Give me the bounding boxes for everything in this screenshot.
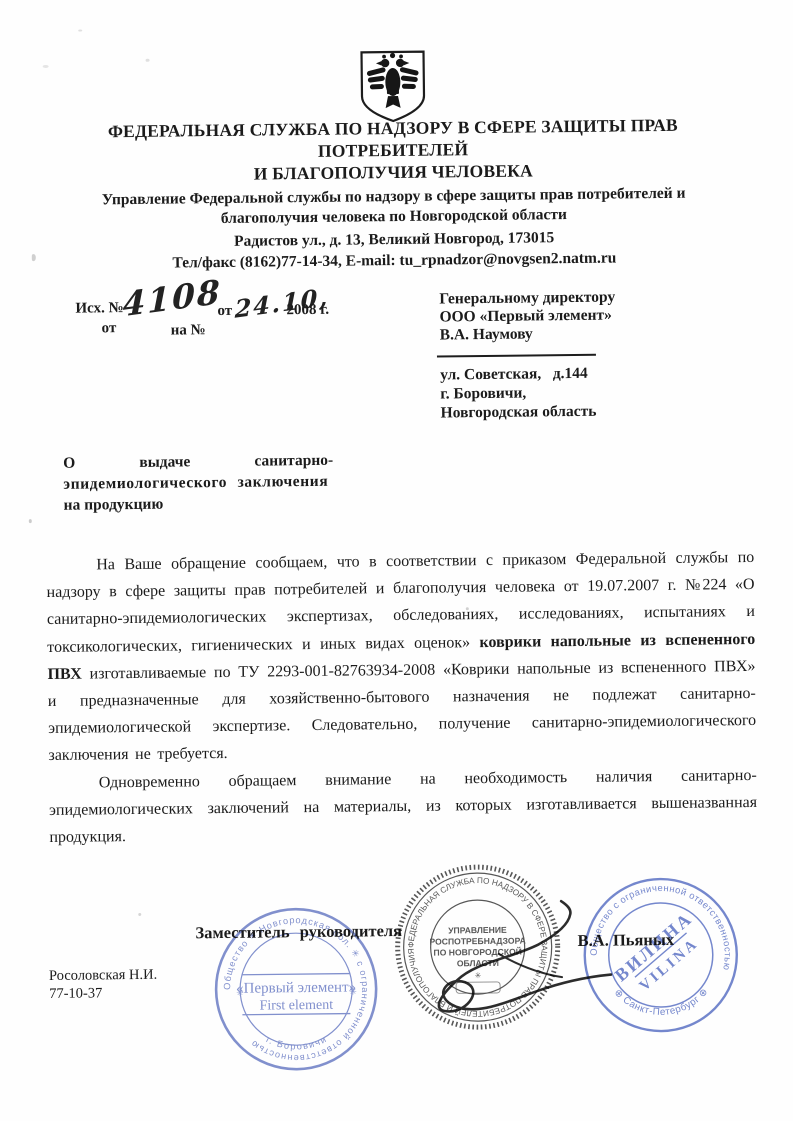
addressee-street: ул. Советская, д.144 [440,363,670,385]
stamp-star-right: ✳ [349,986,357,996]
stamp-company-name-en: First element [259,998,333,1014]
coat-of-arms-icon [355,46,430,127]
scan-speck [78,30,82,32]
date-prefix-label: от [217,303,232,320]
letter-body: На Ваше обращение сообщаем, что в соотве… [46,544,757,851]
scan-speck [29,519,32,523]
scan-speck [43,65,49,68]
from-label: от [102,320,117,337]
p1-text-cont: изготавливаемые по ТУ 2293-001-82763934-… [48,658,756,765]
scan-speck [466,607,469,610]
executor-name: Росоловская Н.И. [49,966,157,985]
paragraph-1: На Ваше обращение сообщаем, что в соотве… [46,544,756,770]
scan-content: ФЕДЕРАЛЬНАЯ СЛУЖБА ПО НАДЗОРУ В СФЕРЕ ЗА… [0,0,793,1121]
subject-line2: эпидемиологического заключения [63,471,333,495]
scanned-letter: ФЕДЕРАЛЬНАЯ СЛУЖБА ПО НАДЗОРУ В СФЕРЕ ЗА… [0,0,793,1121]
svg-text:⊕ Санкт-Петербург ⊕: ⊕ Санкт-Петербург ⊕ [612,986,711,1018]
reply-to-label: на № [171,322,206,339]
subject-word: выдаче [139,451,190,473]
addressee-block: Генеральному директору ООО «Первый элеме… [439,288,670,345]
letterhead: ФЕДЕРАЛЬНАЯ СЛУЖБА ПО НАДЗОРУ В СФЕРЕ ЗА… [36,113,751,275]
subject-line3: на продукцию [64,492,334,516]
stamp-ring-bottom-text: ⊕ Санкт-Петербург ⊕ [612,986,711,1018]
first-element-company-stamp: Общество ✳ Новгородская обл. ✳ с огранич… [209,902,383,1076]
executor-phone: 77-10-37 [49,984,157,1003]
scan-speck [146,59,150,62]
date-year-label: 2008 г. [286,302,329,319]
stamp-company-name-ru: «Первый элемент» [236,979,356,996]
subject-word: О [63,453,75,474]
addressee-divider-line [437,354,596,358]
addressee-city: г. Боровичи, [440,382,670,404]
stamp-star-left: ✳ [236,988,244,998]
outgoing-number-label: Исх. № [75,300,123,318]
outgoing-number-handwritten: 4108 [123,272,222,325]
addressee-address-block: ул. Советская, д.144 г. Боровичи, Новгор… [440,363,671,423]
scan-speck [138,913,141,916]
subject-block: О выдаче санитарно- эпидемиологического … [63,450,334,516]
scan-speck [32,254,36,261]
paragraph-2: Одновременно обращаем внимание на необхо… [49,762,758,852]
subject-word: санитарно- [254,450,333,472]
executor-block: Росоловская Н.И. 77-10-37 [49,966,158,1003]
vilina-company-stamp: Общество с ограниченной ответственностью… [580,874,742,1036]
addressee-person: В.А. Наумову [440,324,670,345]
addressee-region: Новгородская область [440,401,670,423]
